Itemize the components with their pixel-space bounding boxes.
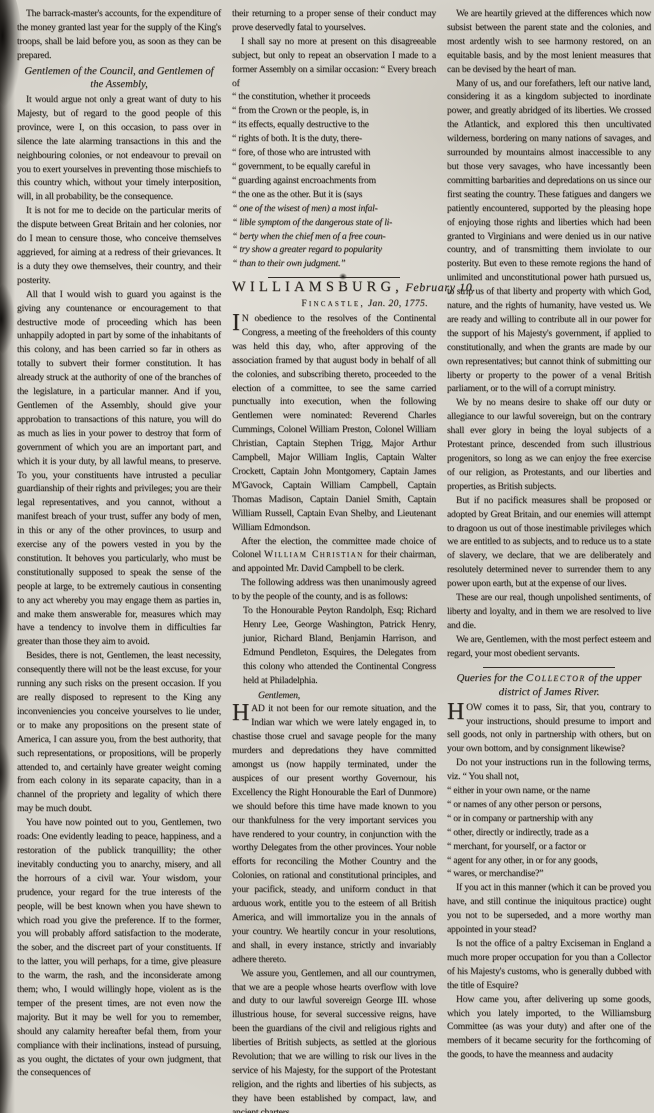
quote-line: “ rights of both. It is the duty, there- [232, 132, 436, 146]
quote-line: “ government, to be equally careful in [232, 160, 436, 174]
column-3: We are heartily grieved at the differenc… [447, 7, 651, 1113]
salutation: Gentlemen, [258, 689, 436, 703]
quote-line: “ either in your own name, or the name [447, 784, 651, 798]
quote-line: “ merchant, for yourself, or a factor or [447, 840, 651, 854]
paragraph: HAD it not been for our remote situation… [232, 702, 436, 966]
dateline-date: Jan. 20, 1775. [368, 298, 428, 309]
drop-cap: I [232, 312, 242, 334]
quotation-block-italic: “ one of the wisest of men) a most infal… [232, 202, 436, 272]
quote-line: “ other, directly or indirectly, trade a… [447, 826, 651, 840]
ink-smudge [0, 283, 15, 355]
city-name: WILLIAMSBURG, [232, 279, 403, 295]
quote-line: “ its effects, equally destructive to th… [232, 118, 436, 132]
paragraph-text: AD it not been for our remote situation,… [232, 703, 436, 964]
paragraph: Is not the office of a paltry Exciseman … [447, 937, 651, 993]
column-2: their returning to a proper sense of the… [232, 7, 436, 1113]
paragraph: We are, Gentlemen, with the most perfect… [447, 633, 651, 661]
quote-line: “ berty when the chief men of a free cou… [232, 230, 436, 244]
section-rule [268, 277, 400, 278]
paragraph: I shall say no more at present on this d… [232, 35, 436, 91]
paragraph: We are heartily grieved at the differenc… [447, 7, 651, 77]
paragraph: The following address was then unanimous… [232, 576, 436, 604]
person-name: William Christian [264, 549, 364, 560]
ink-smudge [0, 742, 11, 804]
binding-shadow [0, 0, 15, 1113]
paragraph-text: OW comes it to pass, Sir, that you, cont… [447, 702, 651, 755]
quote-line: “ the constitution, whether it proceeds [232, 90, 436, 104]
quote-line: “ than to their own judgment.” [232, 257, 436, 271]
quotation-block: “ either in your own name, or the name“ … [447, 784, 651, 881]
ink-smudge [0, 545, 12, 660]
paragraph: HOW comes it to pass, Sir, that you, con… [447, 701, 651, 757]
quote-line: “ guarding against encroachments from [232, 174, 436, 188]
dateline: Fincastle, Jan. 20, 1775. [232, 297, 436, 311]
paragraph: How came you, after delivering up some g… [447, 993, 651, 1063]
paragraph: IN obedience to the resolves of the Cont… [232, 312, 436, 535]
quote-line: “ agent for any other, in or for any goo… [447, 854, 651, 868]
quote-line: “ wares, or merchandise?” [447, 867, 651, 881]
newspaper-page: The barrack-master's accounts, for the e… [0, 0, 654, 1113]
dateline-place: Fincastle, [301, 298, 365, 309]
quote-line: “ try show a greater regard to popularit… [232, 243, 436, 257]
quote-line: “ from the Crown or the people, is, in [232, 104, 436, 118]
paragraph: The barrack-master's accounts, for the e… [17, 7, 221, 63]
paragraph: These are our real, though unpolished se… [447, 591, 651, 633]
quote-line: “ lible symptom of the dangerous state o… [232, 216, 436, 230]
column-1: The barrack-master's accounts, for the e… [17, 7, 221, 1113]
queries-heading: Queries for the Collector of the upper d… [453, 671, 645, 699]
section-rule [483, 667, 615, 668]
paragraph: It is not for me to decide on the partic… [17, 204, 221, 287]
heading-caps: Collector [526, 672, 586, 684]
paragraph: Many of us, and our forefathers, left ou… [447, 77, 651, 397]
heading-text: Queries for the [456, 672, 525, 684]
paragraph: Besides, there is not, Gentlemen, the le… [17, 649, 221, 816]
quote-line: “ or in company or partnership with any [447, 812, 651, 826]
drop-cap: H [447, 701, 466, 723]
quotation-block: “ the constitution, whether it proceeds“… [232, 90, 436, 201]
quote-line: “ fore, of those who are intrusted with [232, 146, 436, 160]
address-recipients: To the Honourable Peyton Randolph, Esq; … [232, 604, 436, 687]
ink-smudge [0, 1015, 14, 1113]
quote-line: “ or names of any other person or person… [447, 798, 651, 812]
quote-line: “ one of the wisest of men) a most infal… [232, 202, 436, 216]
address-heading: Gentlemen of the Council, and Gentlemen … [23, 65, 215, 91]
paragraph: If you act in this manner (which it can … [447, 881, 651, 937]
paragraph: Do not your instructions run in the foll… [447, 756, 651, 784]
paragraph: All that I would wish to guard you again… [17, 288, 221, 650]
paragraph: You have now pointed out to you, Gentlem… [17, 816, 221, 1080]
paragraph: But if no pacifick measures shall be pro… [447, 494, 651, 591]
paragraph: We by no means desire to shake off our d… [447, 396, 651, 493]
city-dateline-heading: WILLIAMSBURG, February 10. [232, 281, 436, 296]
paragraph: It would argue not only a great want of … [17, 93, 221, 204]
quote-line: “ the one as the other. But it is (says [232, 188, 436, 202]
drop-cap: H [232, 702, 251, 724]
column-layout: The barrack-master's accounts, for the e… [17, 7, 651, 1113]
paragraph-text: N obedience to the resolves of the Conti… [232, 313, 436, 533]
paragraph: After the election, the committee made c… [232, 535, 436, 577]
paragraph-continuation: their returning to a proper sense of the… [232, 7, 436, 35]
paragraph: We assure you, Gentlemen, and all our co… [232, 967, 436, 1113]
